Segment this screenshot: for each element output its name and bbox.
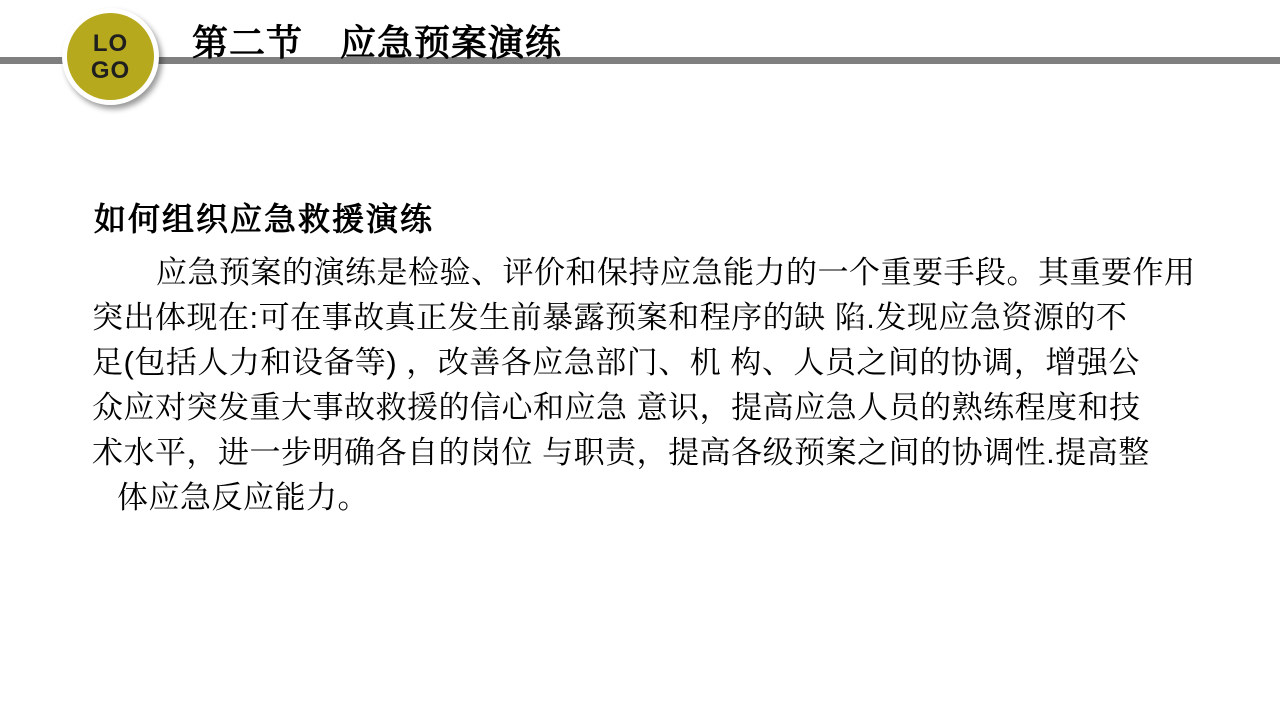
presentation-slide: LO GO 第二节 应急预案演练 如何组织应急救援演练 应急预案的演练是检验、评…	[0, 0, 1280, 720]
paragraph-line: 众应对突发重大事故救援的信心和应急 意识，提高应急人员的熟练程度和技	[92, 385, 1232, 430]
logo-text-line1: LO	[93, 30, 128, 57]
paragraph-line: 体应急反应能力。	[92, 475, 1232, 520]
body-heading: 如何组织应急救援演练	[94, 201, 434, 237]
paragraph-line: 应急预案的演练是检验、评价和保持应急能力的一个重要手段。其重要作用	[92, 250, 1232, 295]
paragraph-line: 突出体现在:可在事故真正发生前暴露预案和程序的缺 陷.发现应急资源的不	[92, 295, 1232, 340]
logo-badge: LO GO	[62, 8, 159, 105]
logo-text-line2: GO	[91, 57, 130, 84]
paragraph-line: 术水平，进一步明确各自的岗位 与职责，提高各级预案之间的协调性.提高整	[92, 430, 1232, 475]
slide-title: 第二节 应急预案演练	[192, 22, 562, 64]
body-paragraph: 应急预案的演练是检验、评价和保持应急能力的一个重要手段。其重要作用 突出体现在:…	[92, 250, 1232, 520]
paragraph-line: 足(包括人力和设备等) ，改善各应急部门、机 构、人员之间的协调，增强公	[92, 340, 1232, 385]
